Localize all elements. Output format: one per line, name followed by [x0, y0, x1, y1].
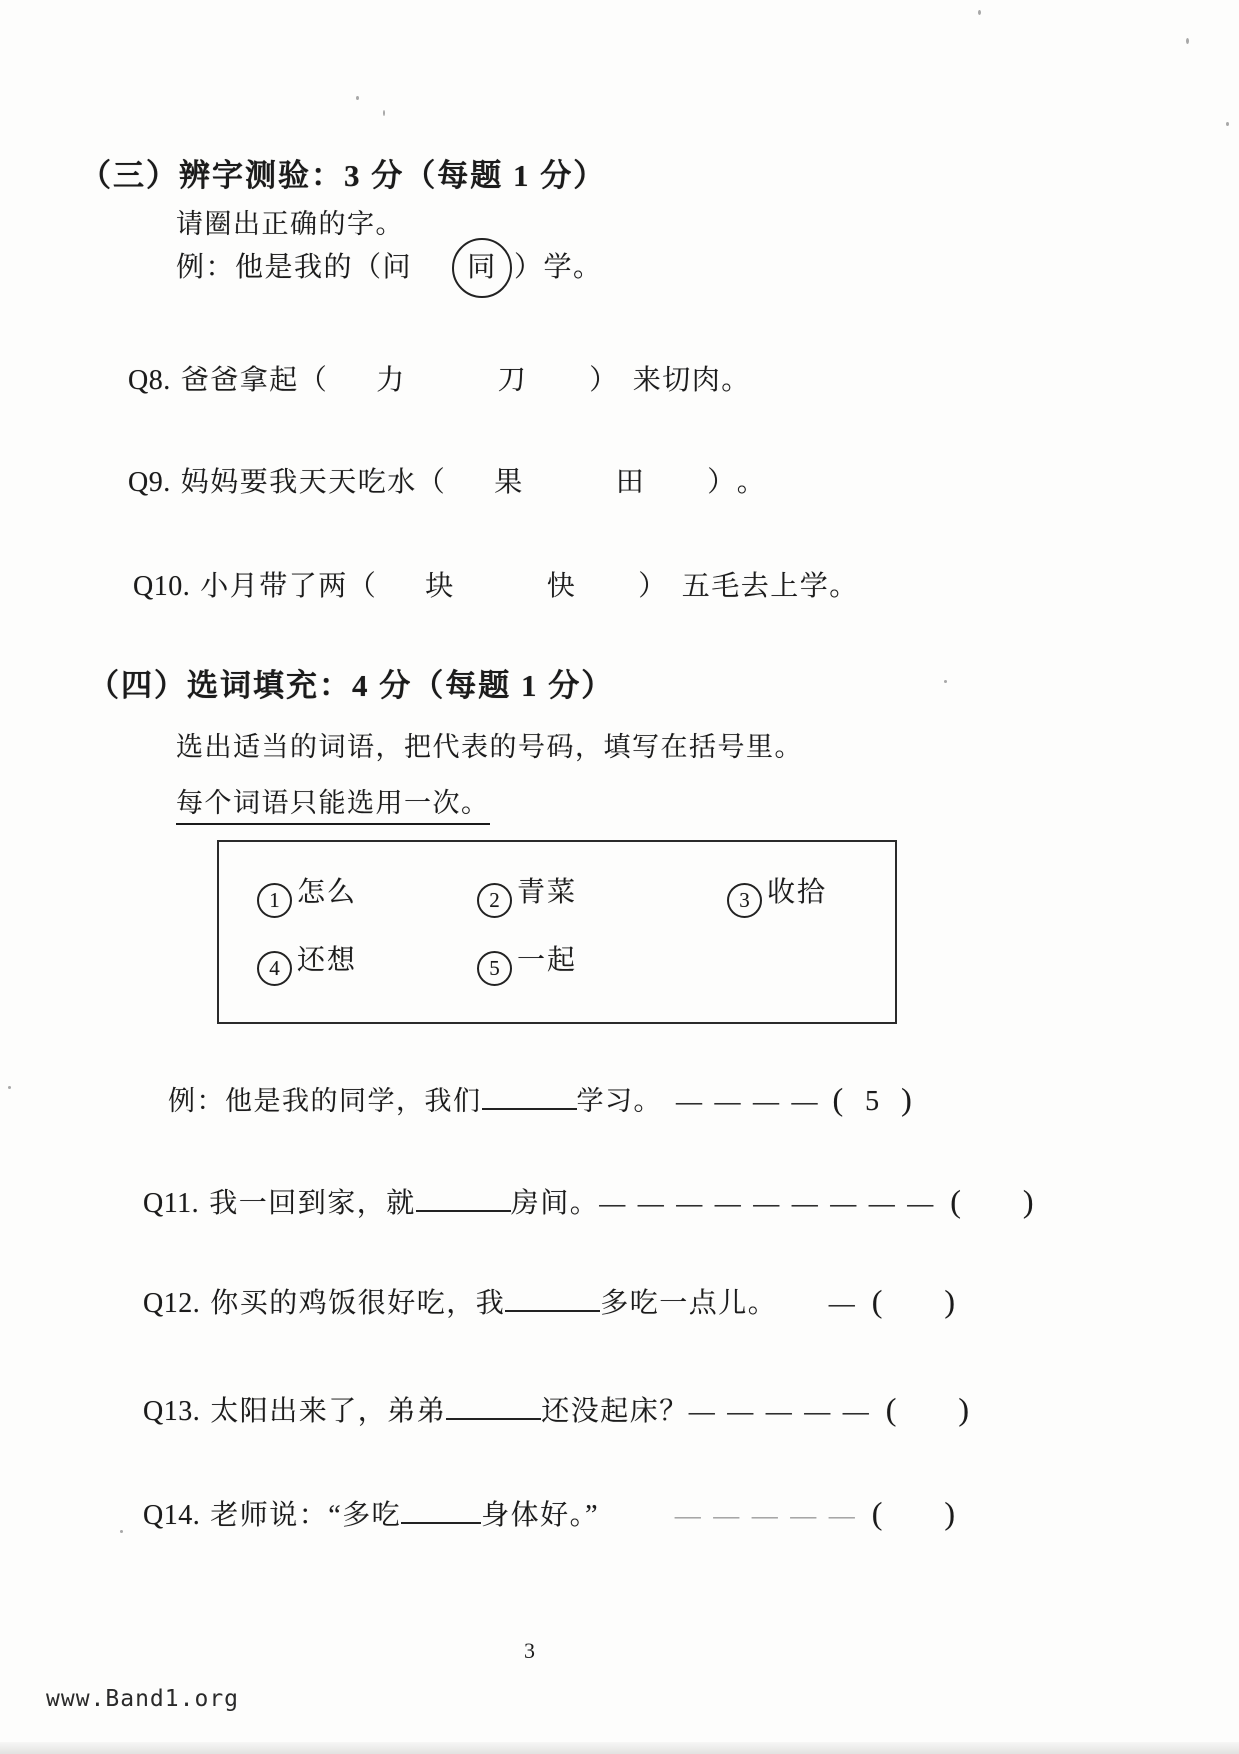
circled-number-icon: 2 — [477, 883, 512, 918]
word-bank-item: 1怎么 — [257, 870, 357, 918]
question-label: Q8. — [128, 365, 171, 396]
question-text-pre: 我一回到家，就 — [209, 1188, 416, 1219]
question-q8: Q8.爸爸拿起（力刀）来切肉。 — [128, 360, 751, 402]
question-text-post: 。 — [737, 467, 767, 498]
answer-blank — [505, 1304, 600, 1312]
word-text: 收拾 — [767, 877, 827, 908]
question-text-pre: 妈妈要我天天吃水（ — [181, 467, 447, 498]
dash-leader: — — — — — [676, 1087, 821, 1116]
question-label: Q12. — [143, 1288, 200, 1319]
answer-area: — — — — — — — — —() — [599, 1180, 1033, 1225]
example-text-post: 学习。 — [577, 1086, 663, 1116]
choice-option-2: 田 — [616, 467, 646, 498]
question-text-post: 房间。 — [511, 1188, 600, 1219]
choice-option-1: 力 — [376, 365, 406, 396]
answer-blank — [401, 1516, 481, 1524]
choice-option-2: 快 — [547, 571, 577, 602]
word-number: 5 — [489, 956, 500, 981]
question-label: Q9. — [128, 467, 171, 498]
word-number: 2 — [489, 888, 500, 913]
page-number: 3 — [524, 1638, 535, 1664]
question-label: Q13. — [143, 1396, 200, 1427]
answer-bracket: () — [872, 1280, 955, 1322]
word-bank-row-1: 1怎么 2青菜 3收拾 — [219, 842, 895, 920]
close-paren: ） — [589, 365, 619, 396]
question-text-post: 身体好。” — [481, 1500, 599, 1531]
answer-bracket: () — [886, 1388, 969, 1430]
word-bank-item: 2青菜 — [477, 870, 577, 918]
question-text: Q14.老师说：“多吃身体好。” — [143, 1495, 599, 1537]
section-4-instruction-1: 选出适当的词语，把代表的号码，填写在括号里。 — [176, 726, 803, 768]
word-bank-row-2: 4还想 5一起 — [219, 920, 895, 998]
section-4-example: 例：他是我的同学，我们学习。— — — —(5) — [168, 1078, 912, 1123]
answer-bracket: () — [950, 1180, 1033, 1222]
word-bank-box: 1怎么 2青菜 3收拾 4还想 5一起 — [217, 840, 897, 1024]
question-label: Q11. — [143, 1188, 199, 1219]
circled-number-icon: 3 — [727, 883, 762, 918]
word-number: 1 — [269, 888, 280, 913]
question-text-post: 还没起床？ — [541, 1396, 689, 1427]
example-text-pre: 他是我的同学，我们 — [225, 1086, 482, 1116]
answer-area: — — — — —() — [689, 1388, 969, 1433]
question-text-pre: 老师说：“多吃 — [210, 1500, 401, 1531]
question-q10: Q10.小月带了两（块快）五毛去上学。 — [133, 566, 859, 608]
answer-bracket: () — [872, 1492, 955, 1534]
scan-speck — [978, 10, 981, 15]
scan-speck — [356, 96, 359, 100]
scan-speck — [8, 1086, 11, 1089]
question-text: Q13.太阳出来了，弟弟还没起床？ — [143, 1391, 689, 1433]
question-text-post: 五毛去上学。 — [682, 571, 859, 602]
section-4-instruction-2: 每个词语只能选用一次。 — [176, 782, 490, 824]
scan-speck — [944, 680, 947, 683]
question-text: Q12.你买的鸡饭很好吃，我多吃一点儿。 — [143, 1283, 777, 1325]
answer-area: —() — [829, 1280, 955, 1325]
circled-number-icon: 5 — [477, 951, 512, 986]
question-q11: Q11.我一回到家，就房间。 — — — — — — — — —() — [143, 1180, 955, 1225]
dash-leader: — — — — — — [675, 1495, 858, 1537]
word-bank-item: 4还想 — [257, 938, 357, 986]
watermark-url: www.Band1.org — [46, 1686, 239, 1712]
dash-leader: — — — — — — [689, 1391, 872, 1433]
example-answer: 5 — [843, 1081, 901, 1123]
choice-option-1: 块 — [425, 571, 455, 602]
word-text: 还想 — [297, 945, 357, 976]
example-text-pre: 他是我的（问 — [235, 252, 412, 283]
word-text: 一起 — [517, 945, 577, 976]
answer-area: — — — — —() — [675, 1492, 955, 1537]
question-text-pre: 你买的鸡饭很好吃，我 — [210, 1288, 505, 1319]
question-q9: Q9.妈妈要我天天吃水（果田）。 — [128, 462, 766, 504]
scan-speck — [120, 1530, 123, 1533]
dash-leader: — — [829, 1283, 858, 1325]
circled-character: 同 — [467, 238, 497, 298]
circled-number-icon: 1 — [257, 883, 292, 918]
word-bank-item: 5一起 — [477, 938, 577, 986]
question-text-pre: 小月带了两（ — [200, 571, 377, 602]
scanned-test-page: （三）辨字测验：3 分（每题 1 分） 请圈出正确的字。 例：他是我的（问同）学… — [0, 0, 1239, 1754]
dash-leader: — — — — — — — — — — [599, 1183, 936, 1225]
question-text: Q11.我一回到家，就房间。 — [143, 1183, 599, 1225]
choice-option-1: 果 — [494, 467, 524, 498]
word-text: 青菜 — [517, 877, 577, 908]
question-label: Q14. — [143, 1500, 200, 1531]
question-label: Q10. — [133, 571, 190, 602]
answer-bracket: (5) — [833, 1081, 912, 1117]
scan-speck — [1226, 122, 1229, 126]
scan-edge-shadow — [0, 1742, 1239, 1754]
choice-option-2: 刀 — [498, 365, 528, 396]
word-bank-item: 3收拾 — [727, 870, 827, 918]
underlined-instruction: 每个词语只能选用一次。 — [176, 788, 490, 825]
answer-blank — [446, 1412, 541, 1420]
question-q13: Q13.太阳出来了，弟弟还没起床？ — — — — —() — [143, 1388, 955, 1433]
question-text-post: 多吃一点儿。 — [600, 1288, 777, 1319]
answer-blank — [482, 1102, 577, 1110]
circled-number-icon: 4 — [257, 951, 292, 986]
scan-speck — [1186, 38, 1189, 44]
question-text-pre: 太阳出来了，弟弟 — [210, 1396, 446, 1427]
close-paren: ） — [638, 571, 668, 602]
example-label: 例： — [168, 1086, 225, 1116]
question-q12: Q12.你买的鸡饭很好吃，我多吃一点儿。 —() — [143, 1280, 955, 1325]
section-3-example: 例：他是我的（问同）学。 — [176, 238, 603, 300]
circled-correct-character: 同 — [452, 238, 512, 298]
example-text-post: ）学。 — [514, 252, 603, 283]
word-number: 3 — [739, 888, 750, 913]
question-text-post: 来切肉。 — [633, 365, 751, 396]
question-q14: Q14.老师说：“多吃身体好。” — — — — —() — [143, 1492, 955, 1537]
scan-speck — [383, 110, 385, 116]
word-text: 怎么 — [297, 877, 357, 908]
close-paren: ） — [707, 467, 723, 498]
section-3-heading: （三）辨字测验：3 分（每题 1 分） — [80, 150, 606, 195]
answer-blank — [416, 1204, 511, 1212]
word-number: 4 — [269, 956, 280, 981]
section-4-heading: （四）选词填充：4 分（每题 1 分） — [88, 660, 614, 705]
question-text-pre: 爸爸拿起（ — [181, 365, 329, 396]
example-label: 例： — [176, 252, 235, 283]
